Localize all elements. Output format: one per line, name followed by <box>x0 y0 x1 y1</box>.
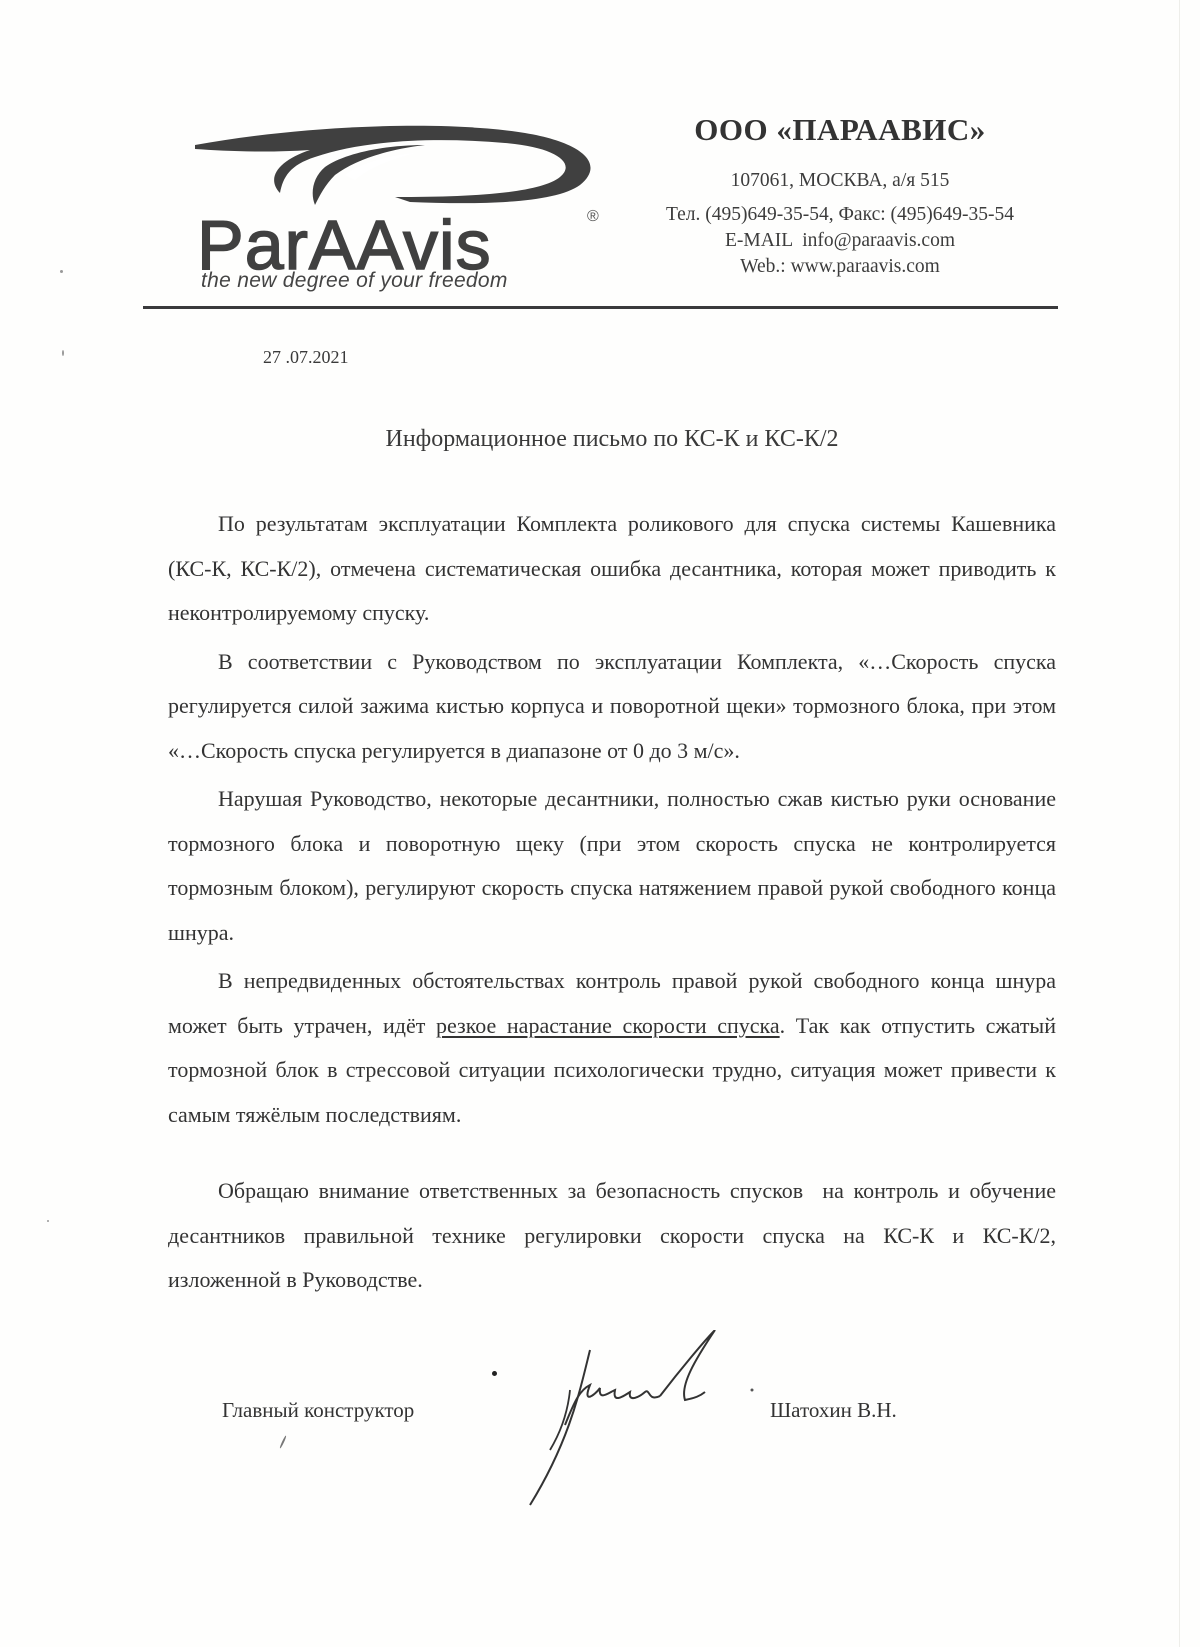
letter-body: По результатам эксплуатации Комплекта ро… <box>168 502 1056 1307</box>
letterhead-divider <box>143 306 1058 309</box>
registered-mark: ® <box>587 208 599 226</box>
scan-speck <box>62 350 64 356</box>
signatory-name: Шатохин В.Н. <box>770 1398 897 1423</box>
scan-speck <box>492 1371 497 1376</box>
logo-tagline: the new degree of your freedom <box>201 269 508 293</box>
company-email: E-MAIL info@paraavis.com <box>620 228 1060 254</box>
company-logo: ParAAvis ® the new degree of your freedo… <box>185 105 605 290</box>
letter-date: 27 .07.2021 <box>263 347 349 368</box>
underlined-emphasis: резкое нарастание скорости спуска <box>436 1013 780 1038</box>
company-web: Web.: www.paraavis.com <box>620 254 1060 280</box>
paragraph-4: В непредвиденных обстоятельствах контрол… <box>168 959 1056 1137</box>
letter-page: ParAAvis ® the new degree of your freedo… <box>0 0 1200 1647</box>
scan-speck <box>60 270 63 273</box>
company-info: ООО «ПАРААВИС» 107061, МОСКВА, а/я 515 Т… <box>620 112 1060 280</box>
letter-title-text: Информационное письмо по КС-К и КС-К/2 <box>385 426 838 452</box>
company-name: ООО «ПАРААВИС» <box>620 112 1060 148</box>
paragraph-2: В соответствии с Руководством по эксплуа… <box>168 640 1056 774</box>
scan-edge <box>1179 0 1180 1647</box>
scan-speck <box>47 1220 49 1222</box>
signatory-role: Главный конструктор <box>222 1398 414 1423</box>
letter-title: Информационное письмо по КС-К и КС-К/2 <box>0 426 1200 453</box>
paragraph-3: Нарушая Руководство, некоторые десантник… <box>168 777 1056 955</box>
paragraph-5: Обращаю внимание ответственных за безопа… <box>168 1169 1056 1303</box>
swoosh-logo-icon <box>185 105 605 215</box>
paragraph-1: По результатам эксплуатации Комплекта ро… <box>168 502 1056 636</box>
company-address: 107061, МОСКВА, а/я 515 <box>620 168 1060 194</box>
signature-scribble-icon <box>520 1330 760 1510</box>
company-phone-fax: Тел. (495)649-35-54, Факс: (495)649-35-5… <box>620 202 1060 228</box>
